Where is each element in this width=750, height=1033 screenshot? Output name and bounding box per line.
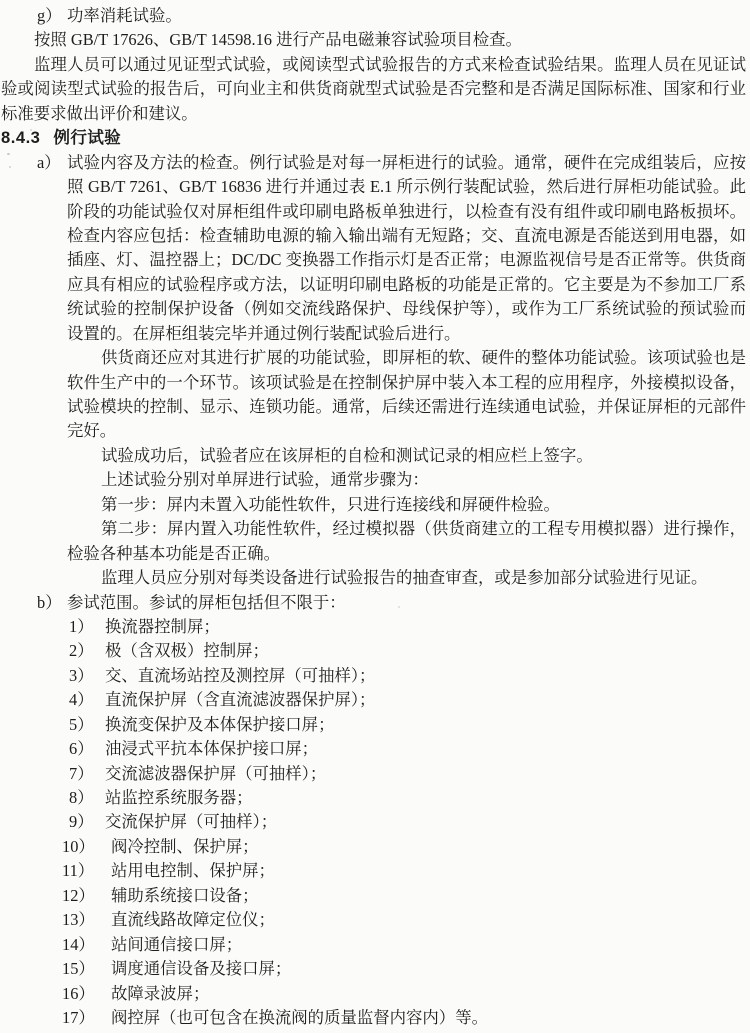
list-item: 14）站间通信接口屏； [1,933,746,957]
heading-number: 8.4.3 [1,126,40,150]
list-item-text: 极（含双极）控制屏； [105,641,269,660]
list-item-number: 8） [69,786,94,810]
list-item-number: 2） [69,639,94,663]
item-a-paragraph-3: 试验成功后，试验者应在该屏柜的自检和测试记录的相应栏上签字。 [67,444,746,468]
item-a-paragraph-7: 监理人员应分别对每类设备进行试验报告的抽查审查，或是参加部分试验进行见证。 [67,566,746,590]
item-a-paragraph-5: 第一步：屏内未置入功能性软件，只进行连接线和屏硬件检验。 [67,493,746,517]
list-item: 8）站监控系统服务器； [1,786,746,810]
item-b: b） 参试范围。参试的屏柜包括但不限于： [1,591,746,615]
list-item-number: 4） [69,688,94,712]
list-item-text: 阀冷控制、保护屏； [111,837,259,856]
list-item: 4）直流保护屏（含直流滤波器保护屏）； [1,688,746,712]
item-b-marker: b） [37,591,62,615]
list-item-text: 站用电控制、保护屏； [111,861,275,880]
item-g-text: 功率消耗试验。 [67,4,746,28]
list-item-text: 交流保护屏（可抽样）； [105,812,277,831]
document-page: g） 功率消耗试验。 按照 GB/T 17626、GB/T 14598.16 进… [0,0,750,1033]
section-heading: 8.4.3例行试验 [1,126,746,150]
para-emc-check: 按照 GB/T 17626、GB/T 14598.16 进行产品电磁兼容试验项目… [1,28,746,52]
list-item-text: 换流变保护及本体保护接口屏； [105,715,334,734]
list-item: 2）极（含双极）控制屏； [1,639,746,663]
list-item: 13）直流线路故障定位仪； [1,908,746,932]
list-item: 3）交、直流场站控及测控屏（可抽样）； [1,664,746,688]
list-item: 10）阀冷控制、保护屏； [1,835,746,859]
list-item-text: 调度通信设备及接口屏； [111,959,291,978]
item-a: a） 试验内容及方法的检查。例行试验是对每一屏柜进行的试验。通常，硬件在完成组装… [1,151,746,591]
list-item-number: 7） [69,762,94,786]
list-item: 16）故障录波屏； [1,982,746,1006]
item-a-paragraph-6: 第二步：屏内置入功能性软件，经过模拟器（供货商建立的工程专用模拟器）进行操作，检… [67,517,746,566]
item-g: g） 功率消耗试验。 [1,4,746,28]
item-a-marker: a） [37,151,61,175]
list-item-text: 直流保护屏（含直流滤波器保护屏）； [105,690,375,709]
list-item-number: 9） [69,810,94,834]
item-b-intro: 参试范围。参试的屏柜包括但不限于： [67,591,746,615]
list-item-text: 站间通信接口屏； [111,935,242,954]
list-item-number: 10） [62,835,95,859]
list-item-text: 交流滤波器保护屏（可抽样）； [105,764,326,783]
list-item-text: 直流线路故障定位仪； [111,910,275,929]
list-item-number: 12） [62,884,95,908]
list-item-number: 14） [62,933,95,957]
list-item: 11）站用电控制、保护屏； [1,859,746,883]
list-item-text: 站监控系统服务器； [105,788,253,807]
list-item-number: 13） [62,908,95,932]
list-item-text: 油浸式平抗本体保护接口屏； [105,739,318,758]
list-item-number: 11） [62,859,94,883]
list-item-number: 16） [62,982,95,1006]
item-g-marker: g） [37,4,62,28]
scan-speck [7,153,10,155]
list-item-text: 换流器控制屏； [105,617,220,636]
list-item-number: 15） [62,957,95,981]
list-item: 1）换流器控制屏； [1,615,746,639]
list-item-text: 故障录波屏； [111,984,209,1003]
list-item-number: 3） [69,664,94,688]
scan-speck [30,129,32,131]
item-a-paragraph-1: 试验内容及方法的检查。例行试验是对每一屏柜进行的试验。通常，硬件在完成组装后，应… [67,151,746,347]
list-item: 5）换流变保护及本体保护接口屏； [1,713,746,737]
list-item: 12）辅助系统接口设备； [1,884,746,908]
scan-speck [398,606,400,608]
list-item: 17）阀控屏（也可包含在换流阀的质量监督内容内）等。 [1,1006,746,1030]
list-item: 6）油浸式平抗本体保护接口屏； [1,737,746,761]
heading-title: 例行试验 [53,128,121,147]
list-item-number: 6） [69,737,94,761]
scan-speck [9,166,11,168]
list-item-number: 5） [69,713,94,737]
list-item-text: 阀控屏（也可包含在换流阀的质量监督内容内）等。 [111,1008,488,1027]
list-item: 15）调度通信设备及接口屏； [1,957,746,981]
para-supervision: 监理人员可以通过见证型式试验，或阅读型式试验报告的方式来检查试验结果。监理人员在… [1,53,746,126]
item-a-paragraph-2: 供货商还应对其进行扩展的功能试验，即屏柜的软、硬件的整体功能试验。该项试验也是软… [67,346,746,444]
routine-test-list: 1）换流器控制屏； 2）极（含双极）控制屏； 3）交、直流场站控及测控屏（可抽样… [1,615,746,1030]
item-a-paragraph-4: 上述试验分别对单屏进行试验，通常步骤为： [67,468,746,492]
list-item: 9）交流保护屏（可抽样）； [1,810,746,834]
list-item-number: 1） [69,615,94,639]
list-item-text: 交、直流场站控及测控屏（可抽样）； [105,666,375,685]
list-item-number: 17） [62,1006,95,1030]
list-item: 7）交流滤波器保护屏（可抽样）； [1,762,746,786]
list-item-text: 辅助系统接口设备； [111,886,259,905]
